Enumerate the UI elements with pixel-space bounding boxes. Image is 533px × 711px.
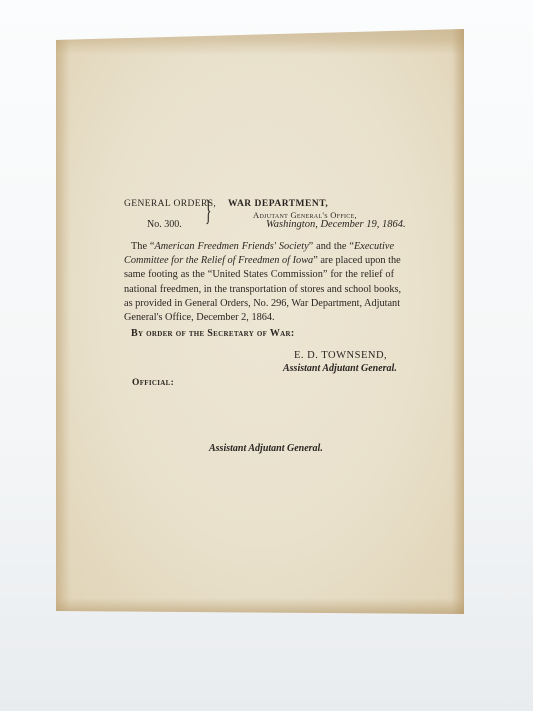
body-emphasis: American Freedmen Friends' Society xyxy=(155,241,309,252)
department-name: War Department, xyxy=(228,199,328,209)
body-text: The “ xyxy=(131,241,155,252)
header-brace: } xyxy=(205,196,211,226)
signatory-title: Assistant Adjutant General. xyxy=(283,363,397,374)
body-emphasis: Committee for the Relief of Freedmen of … xyxy=(124,255,313,266)
official-label: Official: xyxy=(132,378,174,388)
place-date: Washington, December 19, 1864. xyxy=(266,219,406,230)
signatory-name: E. D. TOWNSEND, xyxy=(294,350,387,361)
place-date-text: Washington, December 19, 1864. xyxy=(266,219,406,230)
body-line: national freedmen, in the transportation… xyxy=(124,283,394,297)
body-emphasis: Executive xyxy=(354,241,394,252)
order-number: No. 300. xyxy=(147,219,182,230)
body-text: ” and the “ xyxy=(309,241,354,252)
general-orders-label: General Orders, xyxy=(124,199,216,209)
body-line: Committee for the Relief of Freedmen of … xyxy=(124,254,394,268)
body-line: General's Office, December 2, 1864. xyxy=(124,311,394,325)
order-body: The “American Freedmen Friends' Society”… xyxy=(124,240,394,325)
official-title: Assistant Adjutant General. xyxy=(209,443,323,454)
body-text: ” are placed upon the xyxy=(313,255,400,266)
body-line: as provided in General Orders, No. 296, … xyxy=(124,297,394,311)
by-order-line: By order of the Secretary of War: xyxy=(131,328,294,339)
body-line: The “American Freedmen Friends' Society”… xyxy=(124,240,394,254)
body-line: same footing as the “United States Commi… xyxy=(124,268,394,282)
